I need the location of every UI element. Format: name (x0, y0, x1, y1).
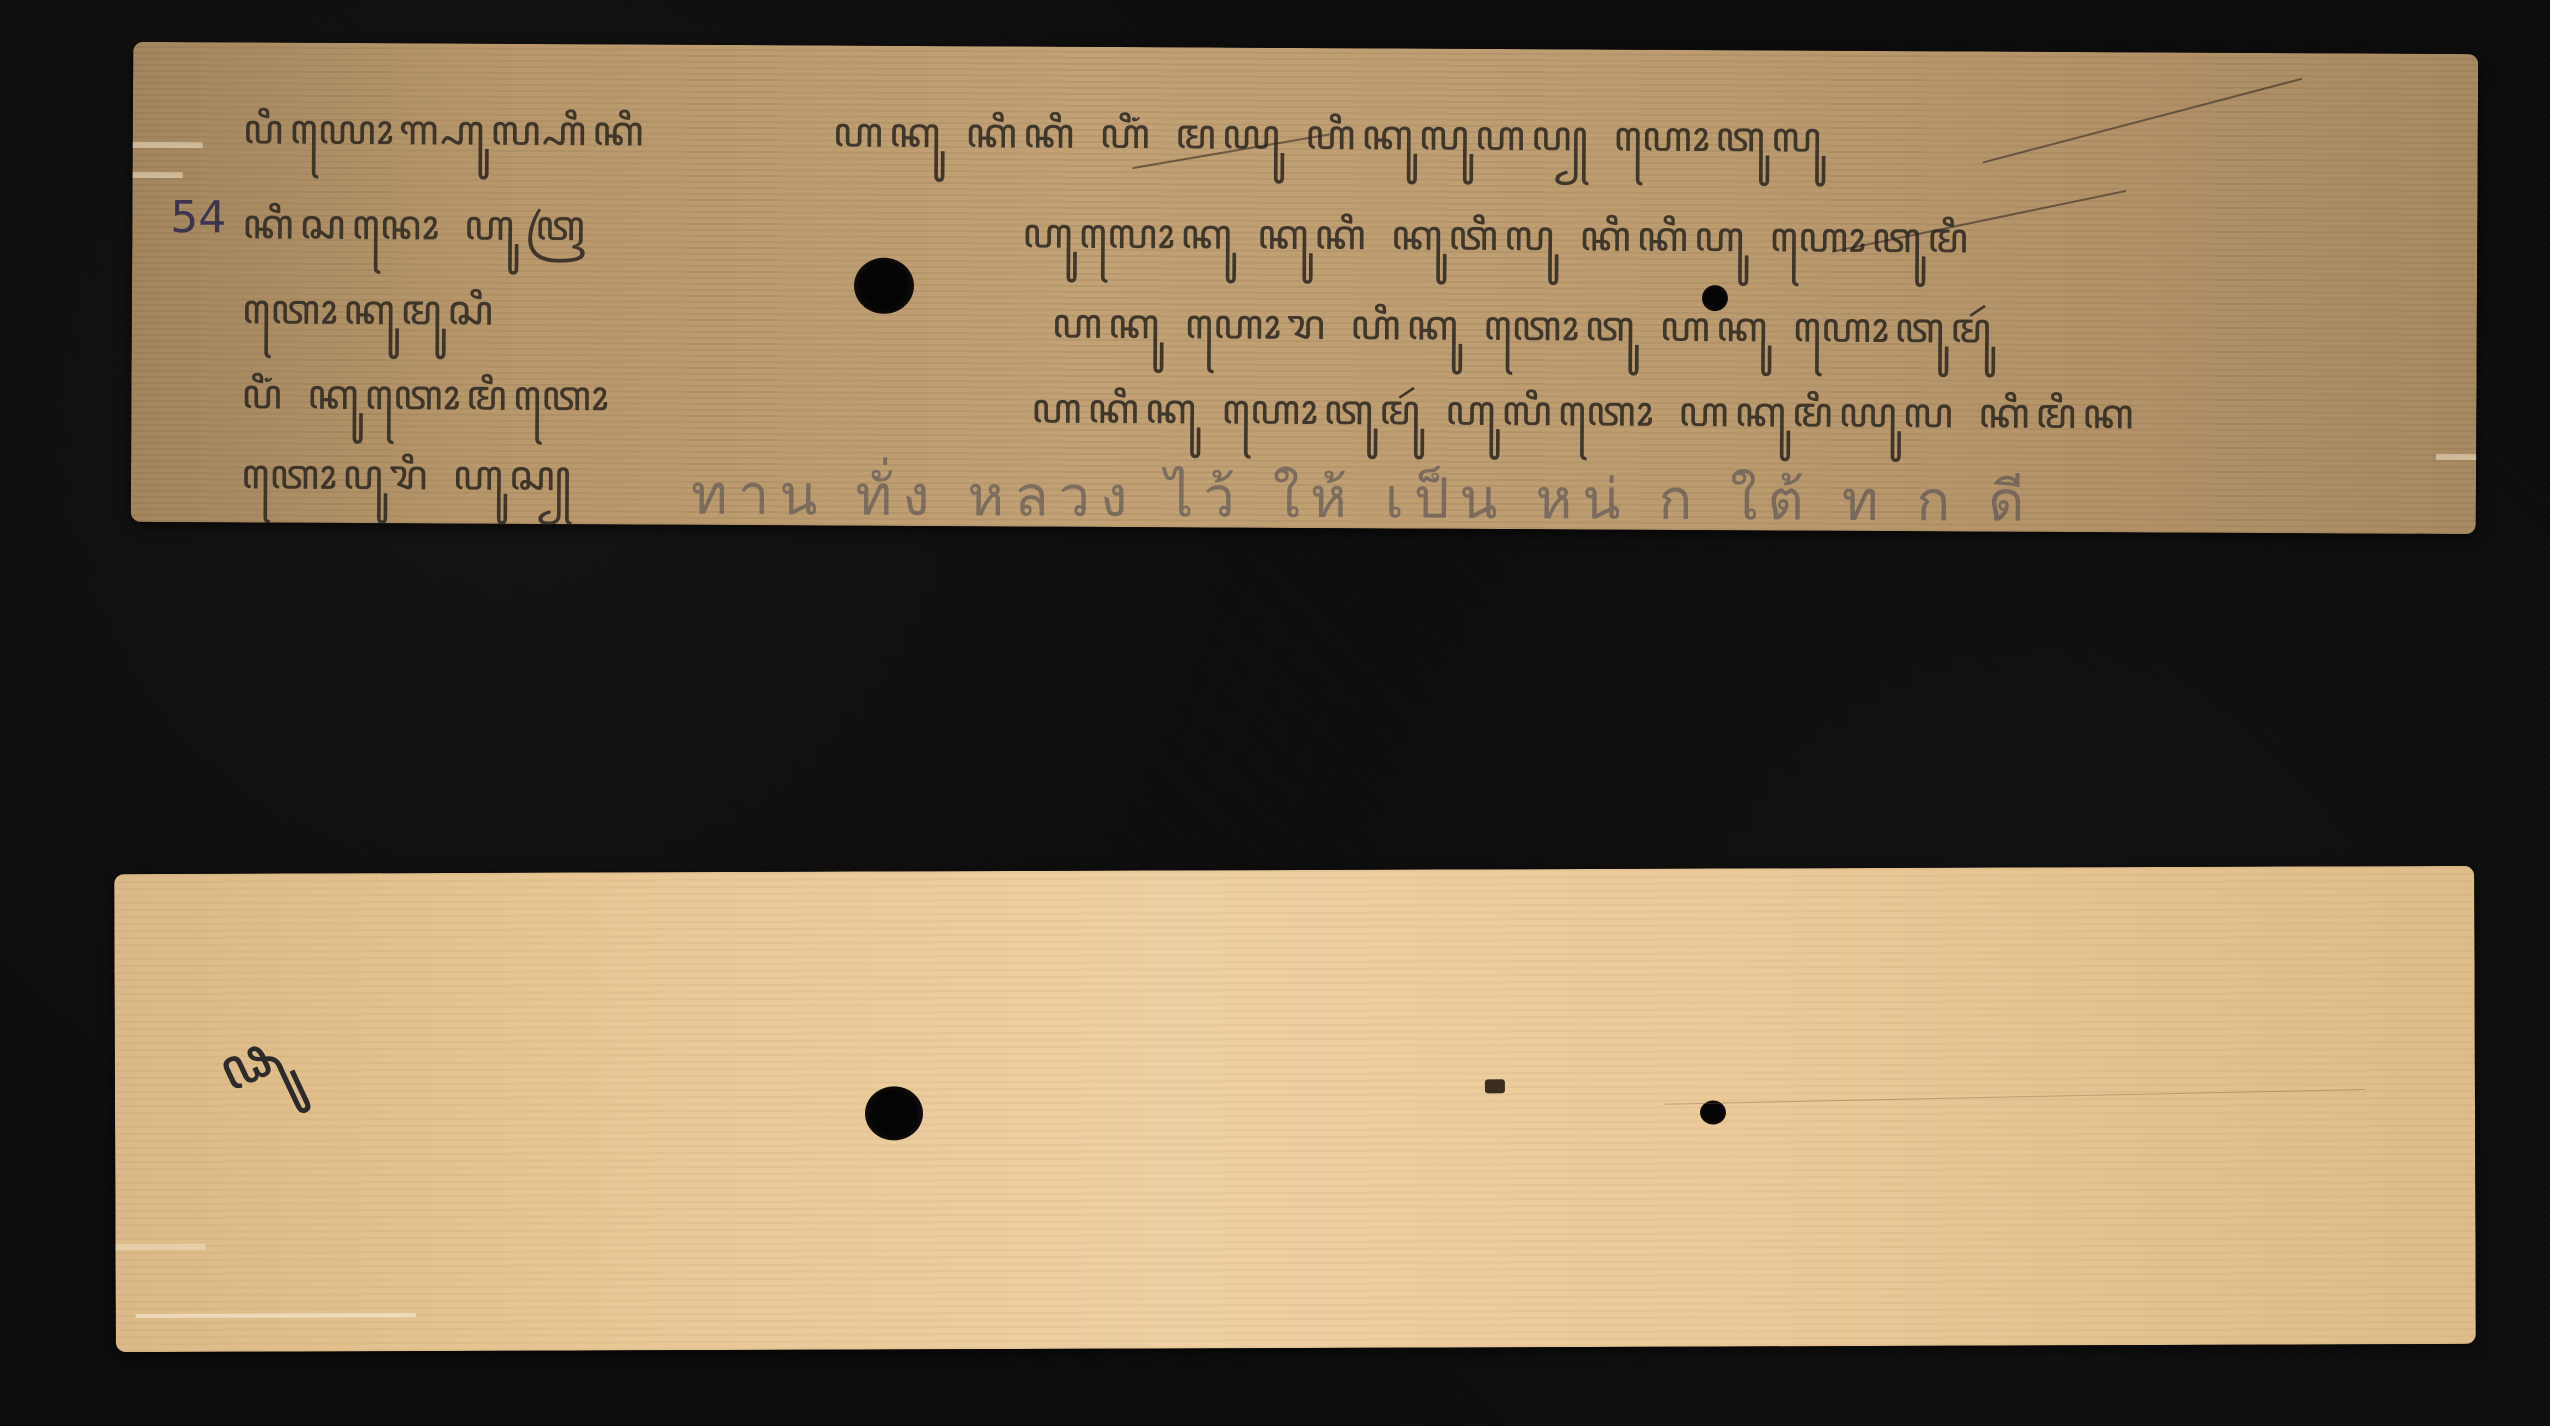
binding-hole-small (1702, 285, 1728, 311)
page-number: 54 (170, 192, 226, 243)
script-line-left: ꦏꦶꦱꦤꦺꦴ ꦲꦸꦠꦿ (242, 192, 591, 279)
leaf-edge-chip (133, 142, 203, 148)
palm-leaf-blank: ꦦꦸ (114, 866, 2476, 1352)
crack-line (1665, 1089, 2365, 1105)
leaf-edge-chip (133, 172, 183, 178)
small-ink-mark: ꦦꦸ (202, 1006, 310, 1143)
script-line-left: ꦥꦶꦪꦺꦴꦒ꧀ꦲꦸꦭ꧀ꦲꦶꦏꦶ (243, 97, 650, 184)
binding-hole-large (854, 258, 914, 314)
palm-leaf-inscribed: 54 ꦥꦶꦪꦺꦴꦒ꧀ꦲꦸꦭ꧀ꦲꦶꦏꦶ ꦏꦶꦱꦤꦺꦴ ꦲꦸꦠꦿ ꦠꦺꦴꦏꦸꦩꦸꦱꦶ… (131, 42, 2478, 534)
binding-hole-square (1485, 1079, 1505, 1093)
script-line-right: ꦲꦏꦸ ꦲꦺꦴꦫ ꦲꦶꦏꦸ ꦠꦺꦴꦠꦸ ꦲꦏꦸ ꦲꦺꦴꦠꦸꦩꦸꦂ (1052, 292, 1998, 382)
pencil-annotation: ทาน ทั่ง หลวง ไว้ ให้ เป็น หน่ ก ใต้ ท ก… (691, 450, 2035, 546)
script-line-right: ꦲꦏꦸ ꦏꦶꦏꦶ ꦲꦶꦁ ꦩꦪꦸ ꦲꦶꦏꦸꦭꦸꦲꦥ꧀ ꦲꦺꦴꦠꦸꦭꦸ (833, 101, 1828, 191)
script-line-right: ꦲꦸꦭꦺꦴꦏꦸ ꦏꦸꦏꦶ ꦏꦸꦠꦶꦭꦸ ꦏꦶꦏꦶꦲꦸ ꦲꦺꦴꦠꦸꦩꦶ (1022, 202, 1974, 292)
leaf-edge-chip (2436, 454, 2476, 460)
leaf-edge-chip (136, 1313, 416, 1318)
binding-hole-small (1700, 1100, 1726, 1124)
leaf-edge-chip (115, 1244, 205, 1250)
script-line-left: ꦥꦶꦁ ꦏꦸꦠꦺꦴꦩꦶꦠꦺꦴ (241, 362, 614, 449)
script-line-left: ꦠꦺꦴꦥꦸꦫꦶ ꦲꦸꦱ꧀ (241, 442, 577, 529)
binding-hole-large (865, 1086, 923, 1140)
script-line-left: ꦠꦺꦴꦏꦸꦩꦸꦱꦶ (242, 277, 500, 363)
pen-stroke (1982, 78, 2302, 164)
